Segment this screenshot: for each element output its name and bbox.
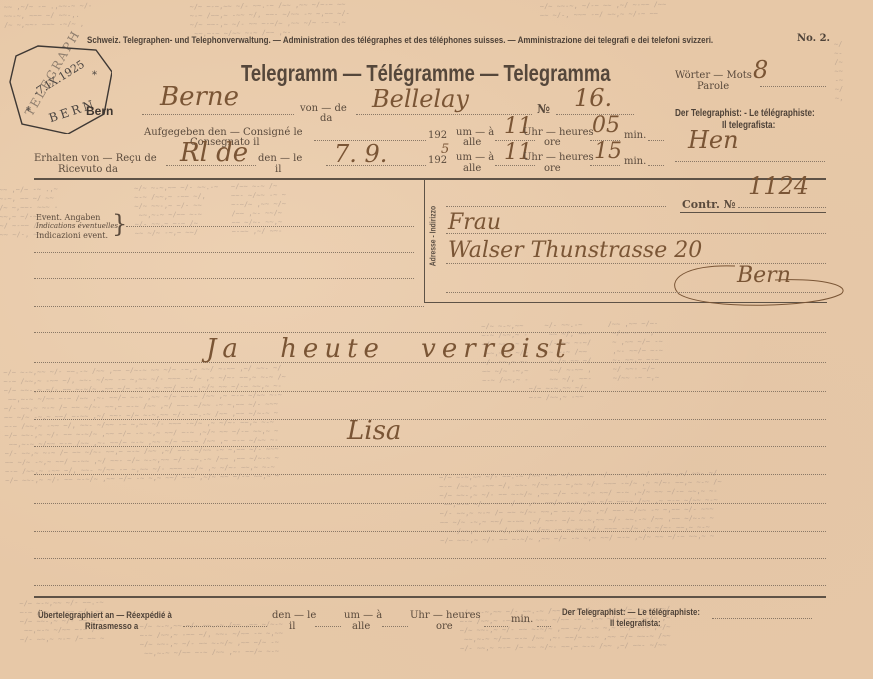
- words-label: Wörter — Mots: [675, 70, 752, 81]
- received-year-suffix: 5: [441, 142, 449, 157]
- control-value: 1124: [748, 172, 809, 200]
- received-hours-label-it: ore: [544, 163, 561, 174]
- dotted-line: [738, 207, 826, 208]
- dotted-line: [537, 626, 551, 627]
- dotted-line: [34, 252, 414, 253]
- footer-hours-label: Uhr — heures: [410, 610, 481, 621]
- dotted-line: [382, 626, 408, 627]
- dotted-line: [126, 226, 414, 227]
- bleed-through-text: ~/~ ~-~,~~ ~/- ~~.-~ /~~ ,~~ ~/~-~ ~~ ~-…: [190, 0, 541, 63]
- dotted-line: [142, 114, 294, 115]
- dotted-line: [446, 233, 826, 234]
- received-from-value: Rl de: [180, 138, 248, 168]
- administration-header: Schweiz. Telegraphen- und Telephonverwal…: [87, 35, 713, 46]
- stamp-star-left: *: [26, 106, 31, 117]
- footer-date-label-it: il: [289, 621, 295, 632]
- dotted-line: [34, 332, 826, 333]
- received-hour-label: um — à: [456, 152, 494, 163]
- page-title: Telegramm — Télégramme — Telegramma: [241, 60, 611, 87]
- bleed-through-text: ~/~ ~-~,~~ ~/- ~~.-~ /~~ ,~~ ~/~-~ ~~ ~/…: [439, 466, 873, 584]
- footer-hour-label: um — à: [344, 610, 382, 621]
- destination-value: Berne: [160, 82, 239, 112]
- received-date-label-it: il: [275, 164, 281, 175]
- bleed-through-text: ~/~ ~-~,~~ ~/- ~~.-~ ~/~~ ~-~ /~ ~-~ /~~…: [134, 180, 416, 305]
- footer-date-label: den — le: [272, 610, 316, 621]
- received-hours-label: Uhr — heures: [523, 152, 594, 163]
- footer-min-label: min.: [511, 614, 533, 625]
- dotted-line: [484, 626, 508, 627]
- bleed-through-text: ~/~ ~~-~, ~/-~ ~~ ,~/ ~-~~ /~~ ~~ ~/-, ~…: [540, 0, 840, 33]
- event-label-de: Event. Angaben: [36, 213, 100, 222]
- dotted-line: [34, 531, 826, 532]
- received-label: Erhalten von — Reçu de: [34, 153, 157, 164]
- office-printed-name: Bern: [86, 104, 113, 118]
- dotted-line: [34, 419, 826, 420]
- forwarded-label: Übertelegraphiert an — Réexpédié à: [38, 610, 172, 621]
- dotted-line: [34, 585, 826, 586]
- brace-icon: }: [112, 211, 127, 237]
- stamp-star-right: *: [92, 70, 97, 81]
- dotted-line: [34, 503, 826, 504]
- message-line-2: Lisa: [347, 416, 401, 446]
- consigned-year: 192: [428, 130, 447, 141]
- received-minutes-value: 15: [594, 139, 622, 164]
- dotted-line: [315, 626, 341, 627]
- consigned-hour-label-it: alle: [463, 137, 481, 148]
- dotted-line: [34, 446, 826, 447]
- form-number: No. 2.: [797, 33, 830, 44]
- telegram-form: ~~ ,~/~ -~ .,~~-~ ~/- ~~-~, ~~~ ~/ ~~-,.…: [0, 0, 873, 679]
- dotted-line: [34, 278, 414, 279]
- dotted-line: [648, 140, 664, 141]
- control-label: Contr. №: [682, 198, 736, 211]
- bleed-through-text: ~/~ ~-~,~~ ~/- ~~.-~ /~~ ,~~ ~/~-~ ~~ ~/…: [3, 361, 436, 568]
- dotted-line: [648, 165, 664, 166]
- footer-telegraphist-label-it: Il telegrafista:: [610, 618, 661, 629]
- received-min-label: min.: [624, 156, 646, 167]
- received-date-label: den — le: [258, 153, 302, 164]
- dotted-line: [712, 618, 812, 619]
- forwarded-label-it: Ritrasmesso a: [85, 621, 138, 632]
- received-label-it: Ricevuto da: [58, 164, 118, 175]
- event-label-it: Indicazioni event.: [36, 231, 108, 240]
- event-label-fr: Indications éventuelles: [36, 222, 118, 230]
- dotted-line: [495, 165, 535, 166]
- bleed-through-text: ~~ ,~/~ -~ .,~ ~-~, ~~ ~/ ~~ /~ ~,~~- ~~…: [0, 184, 121, 326]
- footer-hours-label-it: ore: [436, 621, 453, 632]
- dotted-line: [760, 86, 826, 87]
- from-label-it: da: [320, 113, 332, 124]
- footer-telegraphist-label: Der Telegraphist: — Le télégraphiste:: [562, 607, 700, 618]
- consigned-minutes-value: 05: [592, 113, 620, 138]
- dotted-line: [446, 206, 666, 207]
- control-underline: [680, 212, 826, 213]
- dotted-line: [34, 558, 826, 559]
- from-value: Bellelay: [372, 85, 469, 113]
- dotted-line: [446, 292, 826, 293]
- telegraphist-label: Der Telegraphist: - Le télégraphiste:: [675, 108, 815, 119]
- footer-divider: [34, 596, 826, 598]
- number-value: 16.: [574, 84, 612, 112]
- address-underline-swash: [665, 258, 845, 310]
- words-value: 8: [753, 56, 768, 84]
- consigned-hours-label-it: ore: [544, 137, 561, 148]
- message-line-1: Ja heute verreist: [206, 334, 572, 364]
- consigned-min-label: min.: [624, 130, 646, 141]
- number-label: №: [537, 102, 550, 116]
- address-line-1: Frau: [448, 210, 501, 235]
- telegraphist-value: Hen: [688, 126, 739, 154]
- received-date-value: 7. 9.: [334, 140, 387, 168]
- footer-hour-label-it: alle: [352, 621, 370, 632]
- dotted-line: [183, 626, 267, 627]
- dotted-line: [34, 306, 424, 307]
- address-side-label: Adresse - Indirizzo: [429, 207, 438, 267]
- dotted-line: [34, 474, 826, 475]
- received-hour-label-it: alle: [463, 163, 481, 174]
- bleed-through-text: ~/ ~- /~ ~~ -~ ~/ ~,: [834, 40, 873, 161]
- dotted-line: [590, 165, 620, 166]
- words-label-it: Parole: [697, 81, 729, 92]
- dotted-line: [34, 391, 826, 392]
- dotted-line: [675, 161, 825, 162]
